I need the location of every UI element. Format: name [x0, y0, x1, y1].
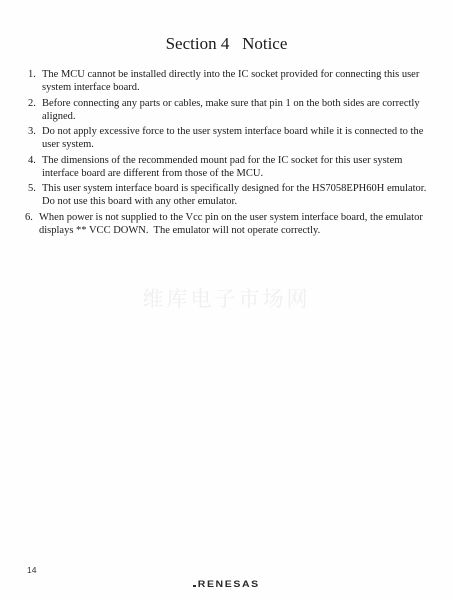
notice-line: This user system interface board is spec… — [42, 182, 426, 195]
renesas-logo: RENESAS — [0, 579, 453, 589]
page-title: Section 4 Notice — [0, 34, 453, 53]
notice-line: When power is not supplied to the Vcc pi… — [39, 211, 425, 224]
notice-text: When power is not supplied to the Vcc pi… — [39, 211, 425, 237]
notice-line: The dimensions of the recommended mount … — [42, 154, 425, 167]
notice-line: interface board are different from those… — [42, 167, 425, 180]
notice-line: Do not use this board with any other emu… — [42, 195, 426, 208]
notice-item-4: 4. The dimensions of the recommended mou… — [28, 154, 425, 180]
notice-number: 5. — [28, 182, 42, 195]
notice-number: 4. — [28, 154, 42, 167]
notice-list: 1. The MCU cannot be installed directly … — [28, 68, 425, 237]
page-number: 14 — [27, 565, 36, 575]
notice-number: 1. — [28, 68, 42, 81]
notice-text: Do not apply excessive force to the user… — [42, 125, 425, 151]
notice-line: Before connecting any parts or cables, m… — [42, 97, 425, 110]
notice-item-6: 6. When power is not supplied to the Vcc… — [25, 211, 425, 237]
renesas-logo-dot-icon — [193, 585, 196, 588]
notice-line: system interface board. — [42, 81, 425, 94]
notice-line: aligned. — [42, 110, 425, 123]
notice-number: 3. — [28, 125, 42, 138]
notice-text: The dimensions of the recommended mount … — [42, 154, 425, 180]
renesas-logo-text: RENESAS — [198, 580, 260, 589]
notice-item-2: 2. Before connecting any parts or cables… — [28, 97, 425, 123]
notice-line: displays ** VCC DOWN. The emulator will … — [39, 224, 425, 237]
notice-text: This user system interface board is spec… — [42, 182, 426, 208]
document-page: Section 4 Notice 1. The MCU cannot be in… — [0, 0, 453, 600]
notice-item-3: 3. Do not apply excessive force to the u… — [28, 125, 425, 151]
notice-number: 6. — [25, 211, 39, 224]
notice-item-1: 1. The MCU cannot be installed directly … — [28, 68, 425, 94]
notice-line: user system. — [42, 138, 425, 151]
notice-line: Do not apply excessive force to the user… — [42, 125, 425, 138]
notice-text: The MCU cannot be installed directly int… — [42, 68, 425, 94]
watermark: 维库电子市场网 — [0, 283, 453, 313]
notice-item-5: 5. This user system interface board is s… — [28, 182, 425, 208]
notice-line: The MCU cannot be installed directly int… — [42, 68, 425, 81]
notice-number: 2. — [28, 97, 42, 110]
notice-text: Before connecting any parts or cables, m… — [42, 97, 425, 123]
